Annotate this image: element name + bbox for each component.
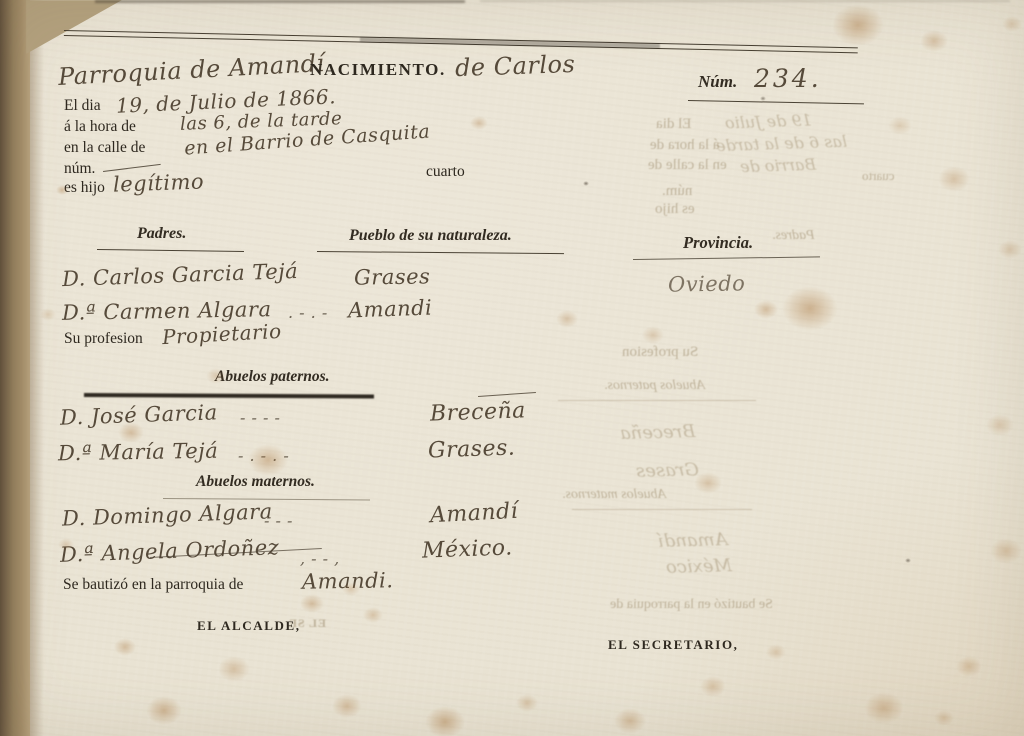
profession-handwritten: Propietario xyxy=(161,319,282,349)
foxing-stain xyxy=(832,4,884,46)
ghost-handwriting: 19 de Julio xyxy=(725,110,812,132)
ghost-handwriting: Amandí xyxy=(658,529,728,552)
paternal-grandmother-dash-marks: - . - . - xyxy=(238,446,289,465)
foxing-stain xyxy=(363,607,383,623)
ghost-text: El dia xyxy=(656,116,691,133)
foxing-stain xyxy=(990,538,1022,564)
flourish-stroke xyxy=(478,392,536,397)
scanned-birth-record-page: El dia á la hora de en la calle de núm. … xyxy=(0,0,1024,736)
foxing-stain xyxy=(556,310,578,328)
ghost-rule xyxy=(572,509,752,510)
father-name-handwritten: D. Carlos Garcia Tejá xyxy=(62,259,299,291)
child-status-label: es hijo xyxy=(64,179,105,197)
foxing-stain xyxy=(114,638,136,656)
foxing-stain xyxy=(642,326,664,344)
house-number-label: núm. xyxy=(64,160,95,178)
foxing-stain xyxy=(938,166,970,192)
foxing-stain xyxy=(332,694,362,718)
ghost-text: Se bautizó en la parroquia de xyxy=(610,597,773,613)
baptism-parish-handwritten: Amandi. xyxy=(302,568,394,594)
day-label: El dia xyxy=(64,97,101,115)
ghost-text: es hijo xyxy=(655,201,695,218)
ghost-text: cuarto xyxy=(862,168,894,184)
ghost-text: Abuelos maternos. xyxy=(562,487,666,503)
foxing-stain xyxy=(782,286,838,331)
maternal-grandfather-dash-marks: - - - xyxy=(264,511,293,530)
mother-town-handwritten: Amandi xyxy=(348,296,433,323)
ghost-text: en la calle de xyxy=(648,157,727,174)
child-name-handwritten: de Carlos xyxy=(455,50,576,82)
foxing-stain xyxy=(146,696,182,725)
profession-label: Su profesion xyxy=(64,330,143,348)
ghost-text: á la hora de xyxy=(650,137,720,154)
hour-label: á la hora de xyxy=(64,118,136,136)
ghost-text: Abuelos paternos. xyxy=(604,378,705,394)
book-spine-edge xyxy=(0,0,30,736)
town-header-underline xyxy=(317,251,564,254)
record-number-label: Núm. xyxy=(698,72,737,92)
foxing-stain xyxy=(516,694,538,712)
mother-dash-marks: . - . - xyxy=(288,303,328,322)
foxing-stain xyxy=(754,300,778,319)
foxing-stain xyxy=(300,594,324,613)
foxing-stain xyxy=(864,692,904,724)
maternal-grandmother-town-handwritten: México. xyxy=(422,535,513,563)
foxing-stain xyxy=(766,644,786,660)
ghost-handwriting: Breceña xyxy=(620,421,696,444)
paternal-grandfather-town-handwritten: Breceña xyxy=(430,398,527,426)
foxing-stain xyxy=(998,240,1022,259)
ghost-text: Su profesion xyxy=(622,344,698,361)
ghost-text: Padres. xyxy=(772,228,815,244)
parish-name-handwritten: Parroquia de Amandí xyxy=(57,49,325,91)
street-label: en la calle de xyxy=(64,139,145,157)
column-header-town: Pueblo de su naturaleza. xyxy=(349,227,512,245)
ghost-rule xyxy=(558,400,756,401)
ghost-handwriting: Barrio de xyxy=(740,155,817,177)
foxing-stain xyxy=(934,710,954,726)
maternal-grandparents-header: Abuelos maternos. xyxy=(196,473,315,491)
page-edge-shadow xyxy=(30,0,44,736)
maternal-grandfather-name-handwritten: D. Domingo Algara xyxy=(62,499,273,530)
record-number-handwritten: 234. xyxy=(754,64,822,93)
paternal-grandparents-header: Abuelos paternos. xyxy=(215,368,330,386)
baptism-label: Se bautizó en la parroquia de xyxy=(63,576,243,594)
column-header-province: Provincia. xyxy=(683,233,753,253)
foxing-stain xyxy=(986,414,1014,436)
foxing-stain xyxy=(1002,16,1022,32)
paternal-grandfather-dash-marks: - - - - xyxy=(240,408,280,427)
foxing-stain xyxy=(956,656,982,677)
ghost-handwriting: México xyxy=(666,555,732,578)
legitimacy-handwritten: legítimo xyxy=(113,169,205,196)
top-edge-streak xyxy=(95,0,465,3)
ink-speck xyxy=(760,96,766,101)
parents-header-underline xyxy=(97,249,244,252)
secretary-signature-label: EL SECRETARIO, xyxy=(608,637,739,653)
form-title: NACIMIENTO. xyxy=(310,60,446,80)
foxing-stain xyxy=(888,116,912,135)
paternal-header-underline xyxy=(84,393,374,398)
paternal-grandmother-town-handwritten: Grases. xyxy=(428,435,516,463)
province-header-underline xyxy=(633,256,820,260)
mayor-signature-label: EL ALCALDE, xyxy=(197,618,301,634)
foxing-stain xyxy=(218,656,250,682)
father-town-handwritten: Grases xyxy=(354,264,431,289)
maternal-grandfather-town-handwritten: Amandí xyxy=(429,499,518,529)
ghost-handwriting: las 6 de la tarde xyxy=(716,132,848,156)
ghost-text: núm. xyxy=(662,183,692,200)
maternal-grandmother-dash-marks: , - - , xyxy=(300,549,340,568)
paternal-grandmother-name-handwritten: D.ª María Tejá xyxy=(58,439,219,466)
foxing-stain xyxy=(470,116,488,130)
foxing-stain xyxy=(425,706,465,736)
foxing-stain xyxy=(614,708,646,734)
paternal-grandfather-name-handwritten: D. José Garcia xyxy=(60,400,218,429)
column-header-parents: Padres. xyxy=(137,225,186,243)
father-province-handwritten: Oviedo xyxy=(668,271,746,296)
top-edge-streak-faint xyxy=(480,0,1010,2)
floor-label: cuarto xyxy=(426,163,465,181)
foxing-stain xyxy=(700,676,726,697)
ink-speck xyxy=(905,558,911,563)
top-rule-ink-blot xyxy=(360,37,660,49)
ink-speck xyxy=(583,181,589,186)
foxing-stain xyxy=(920,30,948,52)
number-underline xyxy=(688,100,864,104)
ghost-handwriting: Grases xyxy=(636,459,699,482)
